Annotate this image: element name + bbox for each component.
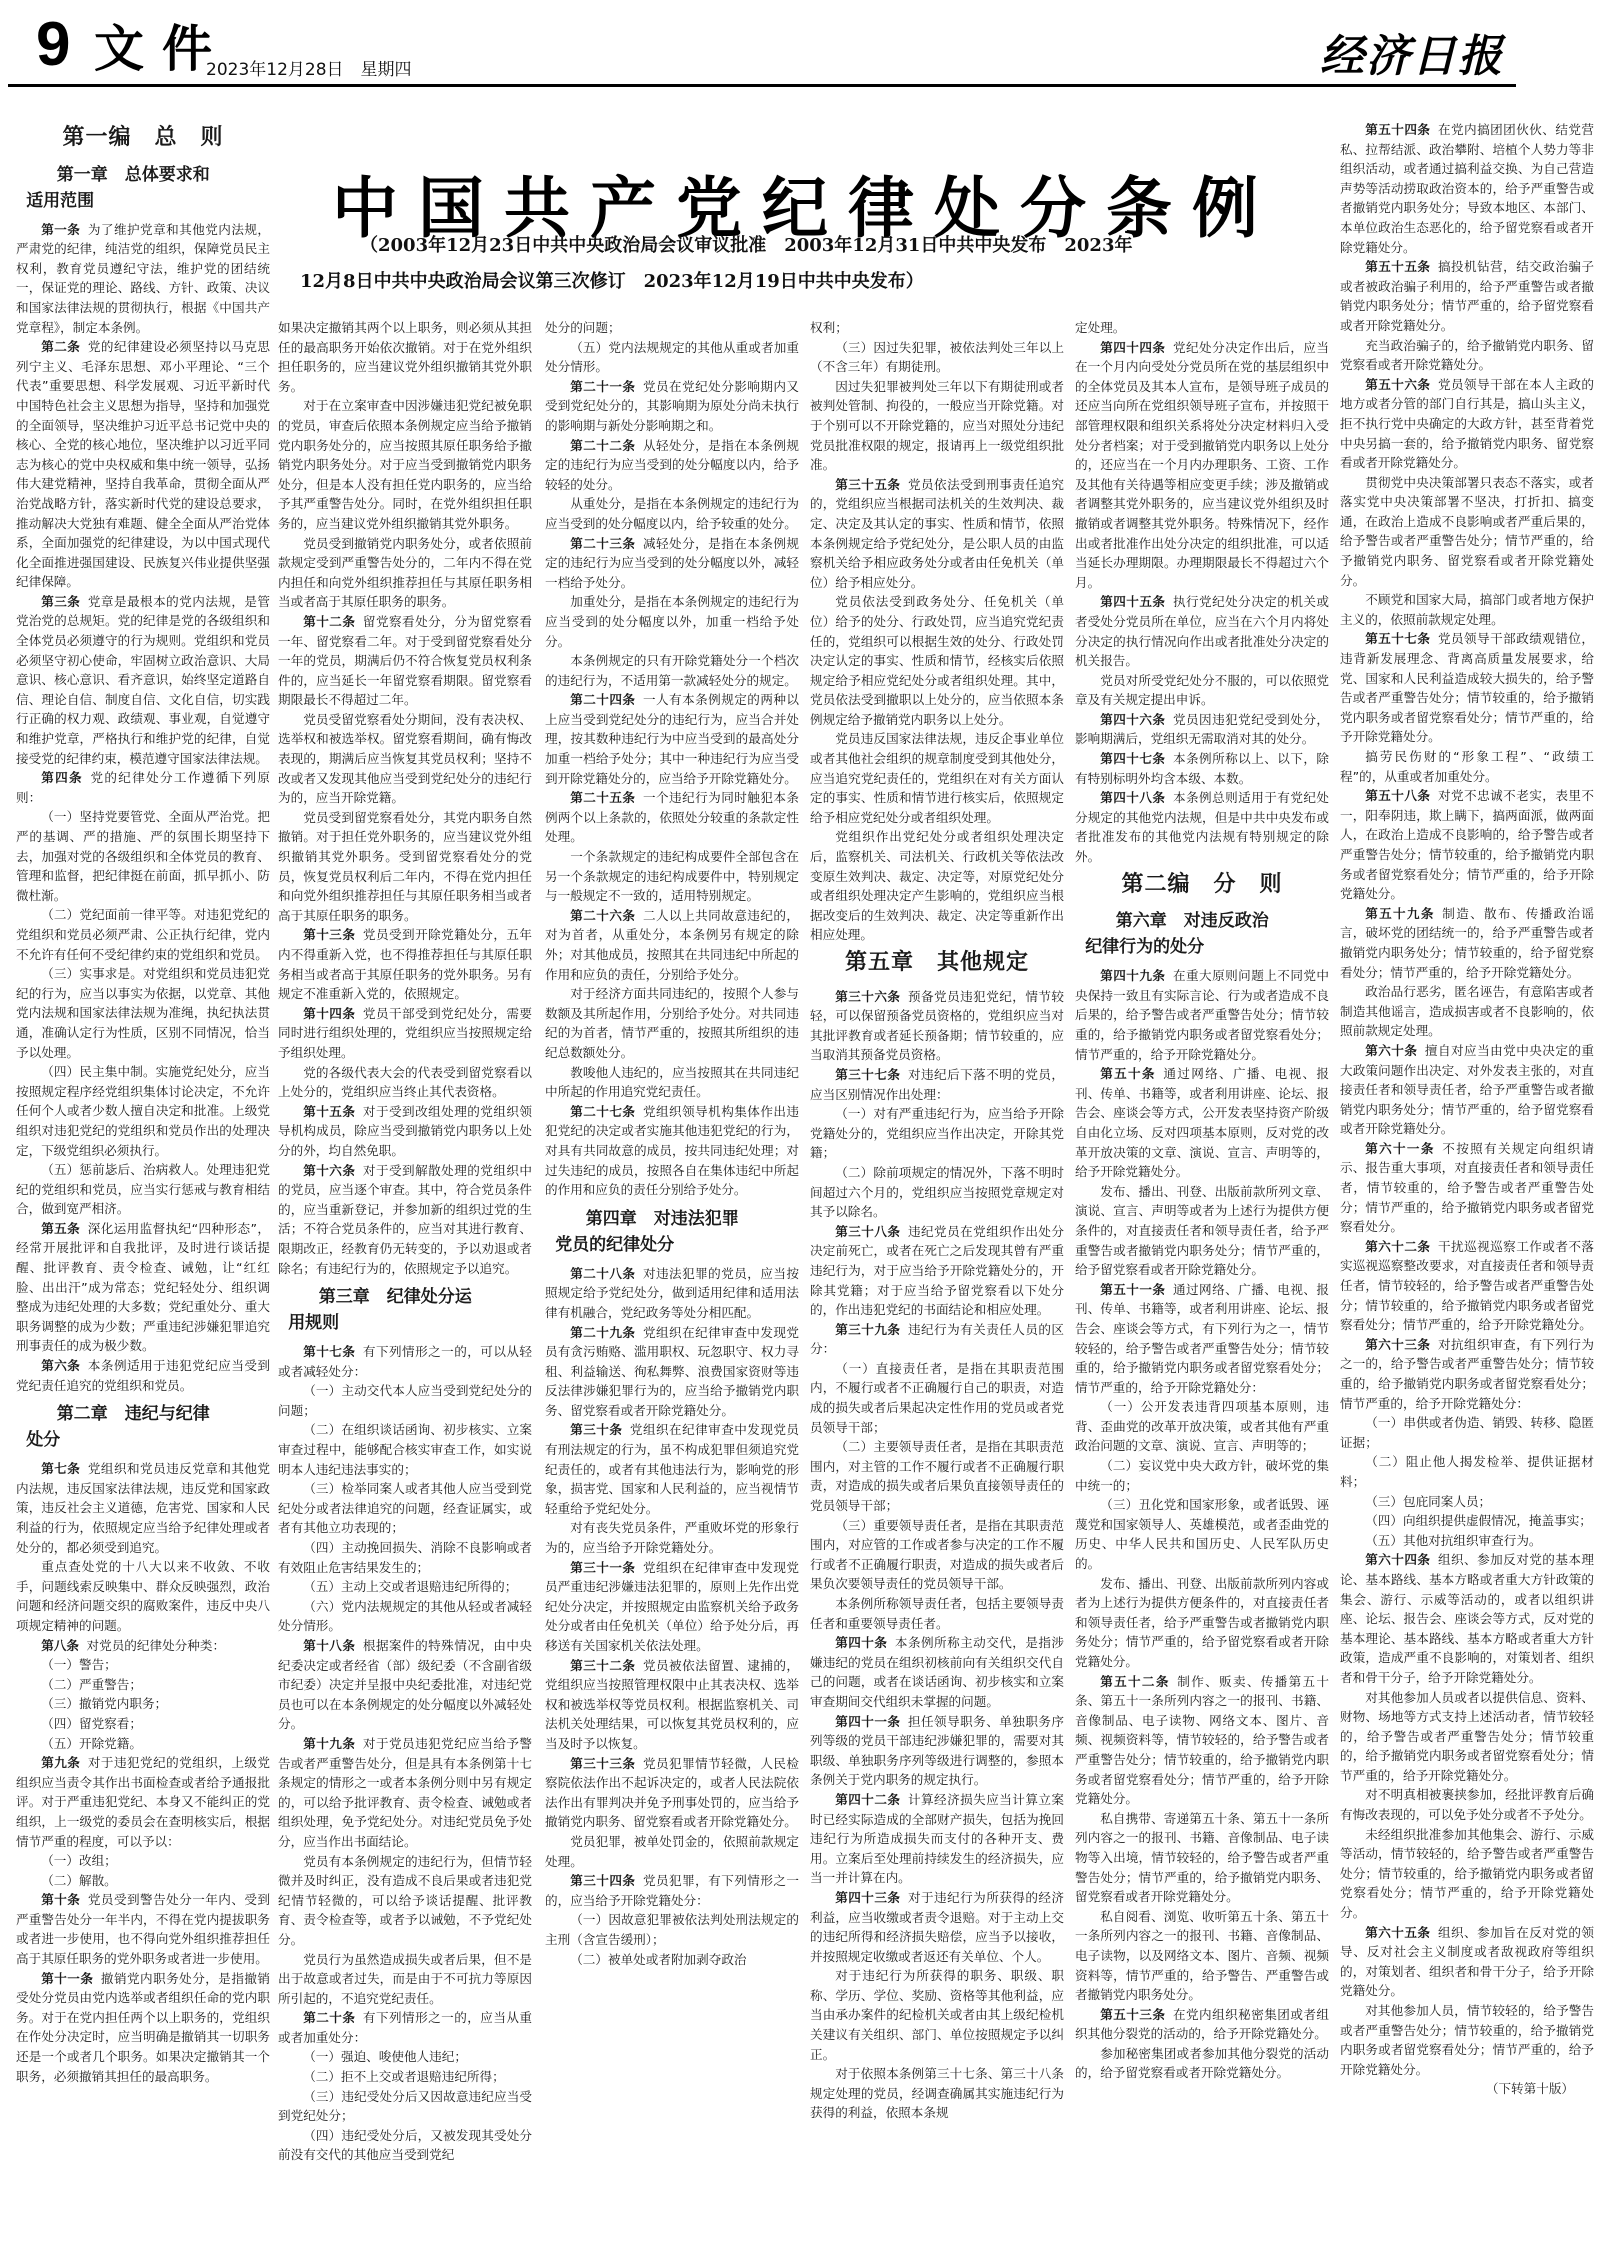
continued-note: （下转第十版） bbox=[1340, 2079, 1594, 2099]
paragraph-text: 党员受到撤销党内职务处分，或者依照前款规定受到严重警告处分的，二年内不得在党内担… bbox=[278, 536, 532, 610]
article-paragraph: 第四十三条对于违纪行为所获得的经济利益，应当收缴或者责令退赔。对于主动上交的违纪… bbox=[810, 1888, 1064, 1966]
paragraph: （一）串供或者伪造、销毁、转移、隐匿证据； bbox=[1340, 1413, 1594, 1452]
article-paragraph: 第三十五条党员依法受到刑事责任追究的，党组织应当根据司法机关的生效判决、裁定、决… bbox=[810, 475, 1064, 593]
paragraph: 党员对所受党纪处分不服的，可以依照党章及有关规定提出申诉。 bbox=[1075, 671, 1329, 710]
paragraph: 对于在立案审查中因涉嫌违犯党纪被免职的党员，审查后依照本条例规定应当给予撤销党内… bbox=[278, 396, 532, 533]
article-paragraph: 第六十二条干扰巡视巡察工作或者不落实巡视巡察整改要求，对直接责任者和领导责任者，… bbox=[1340, 1237, 1594, 1335]
article-paragraph: 第六十三条对抗组织审查，有下列行为之一的，给予警告或者严重警告处分；情节较重的，… bbox=[1340, 1335, 1594, 1413]
paragraph: （三）包庇同案人员； bbox=[1340, 1492, 1594, 1512]
paragraph-text: 对于依照本条例第三十七条、第三十八条规定处理的党员，经调查确属其实施违纪行为获得… bbox=[810, 2066, 1064, 2120]
article-number: 第四十六条 bbox=[1100, 712, 1165, 727]
article-paragraph: 第三十一条党组织在纪律审查中发现党员严重违纪涉嫌违法犯罪的，原则上先作出党纪处分… bbox=[545, 1558, 799, 1656]
article-number: 第五十三条 bbox=[1100, 2007, 1165, 2022]
paragraph: 发布、播出、刊登、出版前款所列内容或者为上述行为提供方便条件的，对直接责任者和领… bbox=[1075, 1574, 1329, 1672]
article-paragraph: 第十八条根据案件的特殊情况，由中央纪委决定或者经省（部）级纪委（不含副省级市纪委… bbox=[278, 1636, 532, 1734]
paragraph: 搞劳民伤财的“形象工程”、“政绩工程”的，从重或者加重处分。 bbox=[1340, 747, 1594, 786]
paragraph-text: 党员违反国家法律法规，违反企事业单位或者其他社会组织的规章制度受到其他处分，应当… bbox=[810, 731, 1064, 824]
paragraph-text: 党员受留党察看处分期间，没有表决权、选举权和被选举权。留党察看期间，确有悔改表现… bbox=[278, 712, 532, 805]
article-paragraph: 第四十八条本条例总则适用于有党纪处分规定的其他党内法规，但是中共中央发布或者批准… bbox=[1075, 788, 1329, 866]
article-paragraph: 第五条深化运用监督执纪“四种形态”，经常开展批评和自我批评，及时进行谈话提醒、批… bbox=[16, 1219, 270, 1356]
article-number: 第十条 bbox=[41, 1892, 80, 1907]
paragraph-text: （五）开除党籍。 bbox=[41, 1736, 142, 1751]
paragraph-text: 一个条款规定的违纪构成要件全部包含在另一个条款规定的违纪构成要件中，特别规定与一… bbox=[545, 849, 799, 903]
paragraph-text: 教唆他人违纪的，应当按照其在共同违纪中所起的作用追究党纪责任。 bbox=[545, 1065, 799, 1100]
paragraph: 从重处分，是指在本条例规定的违纪行为应当受到的处分幅度以内，给予较重的处分。 bbox=[545, 494, 799, 533]
article-number: 第二十五条 bbox=[570, 790, 635, 805]
paragraph: 未经组织批准参加其他集会、游行、示威等活动，情节较轻的，给予警告或者严重警告处分… bbox=[1340, 1825, 1594, 1923]
article-paragraph: 第一条为了维护党章和其他党内法规，严肃党的纪律，纯洁党的组织，保障党员民主权利，… bbox=[16, 220, 270, 338]
article-paragraph: 第十六条对于受到解散处理的党组织中的党员，应当逐个审查。其中，符合党员条件的，应… bbox=[278, 1161, 532, 1279]
article-paragraph: 第五十三条在党内组织秘密集团或者组织其他分裂党的活动的，给予开除党籍处分。 bbox=[1075, 2005, 1329, 2044]
article-paragraph: 第四十条本条例所称主动交代，是指涉嫌违纪的党员在组织初核前向有关组织交代自己的问… bbox=[810, 1633, 1064, 1711]
article-number: 第三十五条 bbox=[835, 477, 900, 492]
article-number: 第六条 bbox=[41, 1358, 80, 1373]
paragraph-text: （二）党纪面前一律平等。对违犯党纪的党组织和党员必须严肃、公正执行纪律，党内不允… bbox=[16, 907, 270, 961]
paragraph: 对不明真相被裹挟参加，经批评教育后确有悔改表现的，可以免予处分或者不予处分。 bbox=[1340, 1785, 1594, 1824]
paragraph-text: 本条例规定的只有开除党籍处分一个档次的违纪行为，不适用第一款减轻处分的规定。 bbox=[545, 653, 799, 688]
paragraph-text: 对于党员违犯党纪应当给予警告或者严重警告处分，但是具有本条例第十七条规定的情形之… bbox=[278, 1736, 532, 1849]
article-paragraph: 第十二条留党察看处分，分为留党察看一年、留党察看二年。对于受到留党察看处分一年的… bbox=[278, 612, 532, 710]
text-column-1: 第一编 总 则第一章 总体要求和适用范围第一条为了维护党章和其他党内法规，严肃党… bbox=[16, 120, 270, 2086]
paragraph: 处分的问题； bbox=[545, 318, 799, 338]
paragraph-text: （五）主动上交或者退赔违纪所得的； bbox=[303, 1579, 517, 1594]
paragraph-text: （二）阻止他人揭发检举、提供证据材料； bbox=[1340, 1454, 1594, 1489]
paragraph-text: 党员行为虽然造成损失或者后果，但不是出于故意或者过失，而是由于不可抗力等原因所引… bbox=[278, 1952, 532, 2006]
paragraph: 对其他参加人员，情节较轻的，给予警告或者严重警告处分；情节较重的，给予撤销党内职… bbox=[1340, 2001, 1594, 2079]
article-paragraph: 第十五条对于受到改组处理的党组织领导机构成员，除应当受到撤销党内职务以上处分的外… bbox=[278, 1102, 532, 1161]
paragraph-text: （二）严重警告； bbox=[41, 1677, 142, 1692]
article-number: 第二十一条 bbox=[570, 379, 635, 394]
article-paragraph: 第五十六条党员领导干部在本人主政的地方或者分管的部门自行其是，搞山头主义，拒不执… bbox=[1340, 375, 1594, 473]
article-number: 第五十条 bbox=[1100, 1066, 1156, 1081]
article-paragraph: 第四十一条担任领导职务、单独职务序列等级的党员干部违纪涉嫌犯罪的，需要对其职级、… bbox=[810, 1712, 1064, 1790]
article-number: 第三十六条 bbox=[835, 989, 900, 1004]
newspaper-logo: 经济日报 bbox=[1320, 20, 1504, 84]
article-paragraph: 第七条党组织和党员违反党章和其他党内法规，违反国家法律法规，违反党和国家政策，违… bbox=[16, 1459, 270, 1557]
paragraph-text: （二）妄议党中央大政方针，破坏党的集中统一的； bbox=[1075, 1458, 1329, 1493]
article-paragraph: 第五十八条对党不忠诚不老实，表里不一，阳奉阴违，欺上瞒下，搞两面派，做两面人，在… bbox=[1340, 786, 1594, 904]
paragraph: 对于违纪行为所获得的职务、职级、职称、学历、学位、奖励、资格等其他利益，应当由承… bbox=[810, 1966, 1064, 2064]
paragraph-text: 对党不忠诚不老实，表里不一，阳奉阴违，欺上瞒下，搞两面派，做两面人，在政治上造成… bbox=[1340, 788, 1594, 901]
paragraph-text: （三）因过失犯罪，被依法判处三年以上（不含三年）有期徒刑。 bbox=[810, 340, 1064, 375]
paragraph: （二）妄议党中央大政方针，破坏党的集中统一的； bbox=[1075, 1456, 1329, 1495]
article-number: 第五十九条 bbox=[1365, 906, 1435, 921]
article-number: 第二十七条 bbox=[570, 1104, 635, 1119]
paragraph: （三）违纪受处分后又因故意违纪应当受到党纪处分； bbox=[278, 2087, 532, 2126]
article-paragraph: 第十七条有下列情形之一的，可以从轻或者减轻处分： bbox=[278, 1342, 532, 1381]
chapter-heading: 第六章 对违反政治纪律行为的处分 bbox=[1075, 908, 1329, 960]
article-number: 第三条 bbox=[41, 594, 80, 609]
chapter-heading-line-2: 处分 bbox=[16, 1427, 270, 1453]
article-paragraph: 第四条党的纪律处分工作遵循下列原则： bbox=[16, 768, 270, 807]
article-number: 第五十六条 bbox=[1365, 377, 1430, 392]
paragraph-text: 政治品行恶劣，匿名诬告，有意陷害或者制造其他谣言，造成损害或者不良影响的，依照前… bbox=[1340, 984, 1594, 1038]
article-number: 第三十条 bbox=[570, 1422, 622, 1437]
paragraph-text: （五）惩前毖后、治病救人。处理违犯党纪的党组织和党员，应当实行惩戒与教育相结合，… bbox=[16, 1162, 270, 1216]
paragraph-text: 不顾党和国家大局，搞部门或者地方保护主义的，依照前款规定处理。 bbox=[1340, 592, 1594, 627]
article-number: 第六十四条 bbox=[1365, 1552, 1430, 1567]
article-number: 第十八条 bbox=[303, 1638, 355, 1653]
paragraph-text: （一）直接责任者，是指在其职责范围内，不履行或者不正确履行自己的职责，对造成的损… bbox=[810, 1361, 1064, 1435]
paragraph: （四）民主集中制。实施党纪处分，应当按照规定程序经党组织集体讨论决定，不允许任何… bbox=[16, 1062, 270, 1160]
article-paragraph: 第三十四条党员犯罪，有下列情形之一的，应当给予开除党籍处分： bbox=[545, 1871, 799, 1910]
paragraph-text: 党的纪律建设必须坚持以马克思列宁主义、毛泽东思想、邓小平理论、“三个代表”重要思… bbox=[16, 339, 270, 589]
paragraph-text: 本条例所称领导责任者，包括主要领导责任者和重要领导责任者。 bbox=[810, 1596, 1064, 1631]
article-paragraph: 第八条对党员的纪律处分种类： bbox=[16, 1636, 270, 1656]
article-number: 第二条 bbox=[41, 339, 80, 354]
paragraph-text: （六）党内法规规定的其他从轻或者减轻处分情形。 bbox=[278, 1599, 532, 1634]
paragraph-text: （一）因故意犯罪被依法判处刑法规定的主刑（含宣告缓刑）； bbox=[545, 1912, 799, 1947]
chapter-heading-line-2: 适用范围 bbox=[16, 188, 270, 214]
article-number: 第四十五条 bbox=[1100, 594, 1165, 609]
article-number: 第三十二条 bbox=[570, 1658, 635, 1673]
article-paragraph: 第三十三条党员犯罪情节轻微，人民检察院依法作出不起诉决定的，或者人民法院依法作出… bbox=[545, 1754, 799, 1832]
section-heading: 第二编 分 则 bbox=[1075, 875, 1329, 895]
paragraph: （四）留党察看； bbox=[16, 1714, 270, 1734]
paragraph: 本条例所称领导责任者，包括主要领导责任者和重要领导责任者。 bbox=[810, 1594, 1064, 1633]
paragraph: 党员受到撤销党内职务处分，或者依照前款规定受到严重警告处分的，二年内不得在党内担… bbox=[278, 534, 532, 612]
paragraph-text: （二）拒不上交或者退赔违纪所得； bbox=[303, 2069, 505, 2084]
article-paragraph: 第三十二条党员被依法留置、逮捕的，党组织应当按照管理权限中止其表决权、选举权和被… bbox=[545, 1656, 799, 1754]
article-number: 第一条 bbox=[41, 222, 80, 237]
paragraph: 党员受留党察看处分期间，没有表决权、选举权和被选举权。留党察看期间，确有悔改表现… bbox=[278, 710, 532, 808]
article-number: 第十六条 bbox=[303, 1163, 355, 1178]
paragraph-text: 党员对所受党纪处分不服的，可以依照党章及有关规定提出申诉。 bbox=[1075, 673, 1329, 708]
paragraph-text: 发布、播出、刊登、出版前款所列文章、演说、宣言、声明等或者为上述行为提供方便条件… bbox=[1075, 1184, 1329, 1277]
article-paragraph: 第四十五条执行党纪处分决定的机关或者受处分党员所在单位，应当在六个月内将处分决定… bbox=[1075, 592, 1329, 670]
article-number: 第二十九条 bbox=[570, 1325, 635, 1340]
article-number: 第九条 bbox=[41, 1755, 80, 1770]
article-paragraph: 第六十五条组织、参加旨在反对党的领导、反对社会主义制度或者敌视政府等组织的，对策… bbox=[1340, 1923, 1594, 2001]
article-paragraph: 第五十九条制造、散布、传播政治谣言，破坏党的团结统一的，给予严重警告或者撤销党内… bbox=[1340, 904, 1594, 982]
paragraph: 一个条款规定的违纪构成要件全部包含在另一个条款规定的违纪构成要件中，特别规定与一… bbox=[545, 847, 799, 906]
paragraph: 因过失犯罪被判处三年以下有期徒刑或者被判处管制、拘役的，一般应当开除党籍。对于个… bbox=[810, 377, 1064, 475]
article-number: 第五十四条 bbox=[1365, 122, 1430, 137]
paragraph: 贯彻党中央决策部署只表态不落实，或者落实党中央决策部署不坚决，打折扣、搞变通，在… bbox=[1340, 473, 1594, 591]
masthead: 9 文件 2023年12月28日 星期四 经济日报 bbox=[0, 0, 1600, 86]
paragraph-text: 通过网络、广播、电视、报刊、传单、书籍等，或者利用讲座、论坛、报告会、座谈会等方… bbox=[1075, 1282, 1329, 1395]
article-number: 第五十七条 bbox=[1365, 631, 1430, 646]
paragraph: 政治品行恶劣，匿名诬告，有意陷害或者制造其他谣言，造成损害或者不良影响的，依照前… bbox=[1340, 982, 1594, 1041]
article-number: 第十五条 bbox=[303, 1104, 355, 1119]
chapter-heading-line-1: 第三章 纪律处分运 bbox=[319, 1287, 472, 1307]
paragraph-text: （三）撤销党内职务； bbox=[41, 1696, 167, 1711]
article-number: 第六十条 bbox=[1365, 1043, 1417, 1058]
article-paragraph: 第六十条擅自对应当由党中央决定的重大政策问题作出决定、对外发表主张的，对直接责任… bbox=[1340, 1041, 1594, 1139]
article-number: 第四十三条 bbox=[835, 1890, 900, 1905]
paragraph-text: 通过网络、广播、电视、报刊、传单、书籍等，或者利用讲座、论坛、报告会、座谈会等方… bbox=[1075, 1066, 1329, 1179]
article-paragraph: 第四十七条本条例所称以上、以下，除有特别标明外均含本级、本数。 bbox=[1075, 749, 1329, 788]
article-paragraph: 第十四条党员干部受到党纪处分，需要同时进行组织处理的，党组织应当按照规定给予组织… bbox=[278, 1004, 532, 1063]
article-paragraph: 第二十一条党员在党纪处分影响期内又受到党纪处分的，其影响期为原处分尚未执行的影响… bbox=[545, 377, 799, 436]
paragraph: （一）坚持党要管党、全面从严治党。把严的基调、严的措施、严的氛围长期坚持下去，加… bbox=[16, 807, 270, 905]
text-column-5: 定处理。第四十四条党纪处分决定作出后，应当在一个月内向受处分党员所在党的基层组织… bbox=[1075, 318, 1329, 2083]
paragraph-text: （一）公开发表违背四项基本原则，违背、歪曲党的改革开放决策，或者其他有严重政治问… bbox=[1075, 1399, 1329, 1453]
paragraph: （二）党纪面前一律平等。对违犯党纪的党组织和党员必须严肃、公正执行纪律，党内不允… bbox=[16, 905, 270, 964]
paragraph-text: 未经组织批准参加其他集会、游行、示威等活动，情节较轻的，给予警告或者严重警告处分… bbox=[1340, 1827, 1594, 1920]
paragraph: （一）公开发表违背四项基本原则，违背、歪曲党的改革开放决策，或者其他有严重政治问… bbox=[1075, 1397, 1329, 1456]
article-paragraph: 第三十六条预备党员违犯党纪，情节较轻，可以保留预备党员资格的，党组织应当对其批评… bbox=[810, 987, 1064, 1065]
paragraph-text: 私自阅看、浏览、收听第五十条、第五十一条所列内容之一的报刊、书籍、音像制品、电子… bbox=[1075, 1909, 1329, 2002]
article-paragraph: 第四十六条党员因违犯党纪受到处分，影响期满后，党组织无需取消对其的处分。 bbox=[1075, 710, 1329, 749]
paragraph: （一）强迫、唆使他人违纪； bbox=[278, 2047, 532, 2067]
paragraph-text: 权利； bbox=[810, 320, 848, 335]
article-paragraph: 第二十四条一人有本条例规定的两种以上应当受到党纪处分的违纪行为，应当合并处理，按… bbox=[545, 690, 799, 788]
paragraph-text: 党组织作出党纪处分或者组织处理决定后，监察机关、司法机关、行政机关等依法改变原生… bbox=[810, 829, 1064, 942]
subtitle-line-2: 12月8日中共中央政治局会议第三次修订 2023年12月19日中共中央发布） bbox=[300, 264, 1320, 300]
paragraph: （四）主动挽回损失、消除不良影响或者有效阻止危害结果发生的； bbox=[278, 1538, 532, 1577]
paragraph: 党员依法受到政务处分、任免机关（单位）给予的处分、行政处罚，应当追究党纪责任的，… bbox=[810, 592, 1064, 729]
paragraph-text: （一）串供或者伪造、销毁、转移、隐匿证据； bbox=[1340, 1415, 1594, 1450]
paragraph-text: （三）实事求是。对党组织和党员违犯党纪的行为，应当以事实为依据，以党章、其他党内… bbox=[16, 966, 270, 1059]
chapter-heading-line-1: 第四章 对违法犯罪 bbox=[586, 1209, 739, 1229]
paragraph-text: 党员依法受到政务处分、任免机关（单位）给予的处分、行政处罚，应当追究党纪责任的，… bbox=[810, 594, 1064, 727]
paragraph-text: 撤销党内职务处分，是指撤销受处分党员由党内选举或者组织任命的党内职务。对于在党内… bbox=[16, 1971, 270, 2084]
paragraph-text: （三）违纪受处分后又因故意违纪应当受到党纪处分； bbox=[278, 2089, 532, 2124]
paragraph-text: （一）改组； bbox=[41, 1853, 117, 1868]
paragraph-text: （五）党内法规规定的其他从重或者加重处分情形。 bbox=[545, 340, 799, 375]
article-number: 第四十一条 bbox=[835, 1714, 900, 1729]
article-number: 第十九条 bbox=[303, 1736, 355, 1751]
paragraph-text: （一）坚持党要管党、全面从严治党。把严的基调、严的措施、严的氛围长期坚持下去，加… bbox=[16, 809, 270, 902]
paragraph: 党组织作出党纪处分或者组织处理决定后，监察机关、司法机关、行政机关等依法改变原生… bbox=[810, 827, 1064, 945]
paragraph-text: 加重处分，是指在本条例规定的违纪行为应当受到的处分幅度以外，加重一档给予处分。 bbox=[545, 594, 799, 648]
paragraph-text: （四）留党察看； bbox=[41, 1716, 142, 1731]
text-column-4: 权利；（三）因过失犯罪，被依法判处三年以上（不含三年）有期徒刑。因过失犯罪被判处… bbox=[810, 318, 1064, 2123]
masthead-divider bbox=[8, 84, 1516, 87]
paragraph: 加重处分，是指在本条例规定的违纪行为应当受到的处分幅度以外，加重一档给予处分。 bbox=[545, 592, 799, 651]
chapter-heading: 第二章 违纪与纪律处分 bbox=[16, 1401, 270, 1453]
article-number: 第十一条 bbox=[41, 1971, 93, 1986]
paragraph: 权利； bbox=[810, 318, 1064, 338]
article-number: 第五十二条 bbox=[1100, 1674, 1170, 1689]
article-paragraph: 第五十四条在党内搞团团伙伙、结党营私、拉帮结派、政治攀附、培植个人势力等非组织活… bbox=[1340, 120, 1594, 257]
chapter-heading-line-2: 用规则 bbox=[278, 1310, 532, 1336]
paragraph: （二）被单处或者附加剥夺政治 bbox=[545, 1950, 799, 1970]
paragraph: （三）实事求是。对党组织和党员违犯党纪的行为，应当以事实为依据，以党章、其他党内… bbox=[16, 964, 270, 1062]
paragraph-text: （四）违纪受处分后，又被发现其受处分前没有交代的其他应当受到党纪 bbox=[278, 2128, 532, 2163]
article-number: 第二十四条 bbox=[570, 692, 635, 707]
article-number: 第六十五条 bbox=[1365, 1925, 1430, 1940]
paragraph-text: （一）警告； bbox=[41, 1657, 117, 1672]
paragraph-text: （一）强迫、唆使他人违纪； bbox=[303, 2049, 467, 2064]
article-number: 第二十二条 bbox=[570, 438, 635, 453]
paragraph: 党员有本条例规定的违纪行为，但情节轻微并及时纠正，没有造成不良后果或者违犯党纪情… bbox=[278, 1852, 532, 1950]
paragraph: 定处理。 bbox=[1075, 318, 1329, 338]
paragraph: （二）严重警告； bbox=[16, 1675, 270, 1695]
paragraph: （二）在组织谈话函询、初步核实、立案审查过程中，能够配合核实审查工作，如实说明本… bbox=[278, 1420, 532, 1479]
paragraph-text: 对其他参加人员，情节较轻的，给予警告或者严重警告处分；情节较重的，给予撤销党内职… bbox=[1340, 2003, 1594, 2077]
article-paragraph: 第三条党章是最根本的党内法规，是管党治党的总规矩。党的纪律是党的各级组织和全体党… bbox=[16, 592, 270, 768]
paragraph-text: 在党内搞团团伙伙、结党营私、拉帮结派、政治攀附、培植个人势力等非组织活动，或者通… bbox=[1340, 122, 1594, 255]
paragraph-text: （三）检举同案人或者其他人应当受到党纪处分或者法律追究的问题，经查证属实，或者有… bbox=[278, 1481, 532, 1535]
paragraph: （三）重要领导责任者，是指在其职责范围内，对应管的工作或者参与决定的工作不履行或… bbox=[810, 1516, 1064, 1594]
article-paragraph: 第六条本条例适用于违犯党纪应当受到党纪责任追究的党组织和党员。 bbox=[16, 1356, 270, 1395]
paragraph-text: （二）解散。 bbox=[41, 1873, 117, 1888]
article-paragraph: 第五十条通过网络、广播、电视、报刊、传单、书籍等，或者利用讲座、论坛、报告会、座… bbox=[1075, 1064, 1329, 1182]
paragraph-text: 搞劳民伤财的“形象工程”、“政绩工程”的，从重或者加重处分。 bbox=[1340, 749, 1594, 784]
paragraph-text: 党员有本条例规定的违纪行为，但情节轻微并及时纠正，没有造成不良后果或者违犯党纪情… bbox=[278, 1854, 532, 1947]
paragraph: （三）检举同案人或者其他人应当受到党纪处分或者法律追究的问题，经查证属实，或者有… bbox=[278, 1479, 532, 1538]
paragraph-text: 私自携带、寄递第五十条、第五十一条所列内容之一的报刊、书籍、音像制品、电子读物等… bbox=[1075, 1811, 1329, 1904]
article-paragraph: 第二十五条一个违纪行为同时触犯本条例两个以上条款的，依照处分较重的条款定性处理。 bbox=[545, 788, 799, 847]
article-paragraph: 第二十六条二人以上共同故意违纪的，对为首者，从重处分，本条例另有规定的除外；对其… bbox=[545, 906, 799, 984]
document-subtitle: （2003年12月23日中共中央政治局会议审议批准 2003年12月31日中共中… bbox=[300, 228, 1320, 300]
article-paragraph: 第二十二条从轻处分，是指在本条例规定的违纪行为应当受到的处分幅度以内，给予较轻的… bbox=[545, 436, 799, 495]
paragraph-text: 处分的问题； bbox=[545, 320, 621, 335]
article-number: 第十二条 bbox=[303, 614, 355, 629]
article-number: 第二十八条 bbox=[570, 1266, 635, 1281]
article-paragraph: 第九条对于违犯党纪的党组织，上级党组织应当责令其作出书面检查或者给予通报批评。对… bbox=[16, 1753, 270, 1851]
chapter-heading: 第三章 纪律处分运用规则 bbox=[278, 1284, 532, 1336]
paragraph: 党员行为虽然造成损失或者后果，但不是出于故意或者过失，而是由于不可抗力等原因所引… bbox=[278, 1950, 532, 2009]
paragraph: 不顾党和国家大局，搞部门或者地方保护主义的，依照前款规定处理。 bbox=[1340, 590, 1594, 629]
paragraph-text: 对于违纪行为所获得的职务、职级、职称、学历、学位、奖励、资格等其他利益，应当由承… bbox=[810, 1968, 1064, 2061]
paragraph: （三）撤销党内职务； bbox=[16, 1694, 270, 1714]
article-paragraph: 第四十九条在重大原则问题上不同党中央保持一致且有实际言论、行为或者造成不良后果的… bbox=[1075, 966, 1329, 1064]
paragraph-text: 深化运用监督执纪“四种形态”，经常开展批评和自我批评，及时进行谈话提醒、批评教育… bbox=[16, 1221, 270, 1354]
paragraph-text: 定处理。 bbox=[1075, 320, 1125, 335]
paragraph: （二）拒不上交或者退赔违纪所得； bbox=[278, 2067, 532, 2087]
paragraph: 充当政治骗子的，给予撤销党内职务、留党察看或者开除党籍处分。 bbox=[1340, 336, 1594, 375]
section-heading: 第五章 其他规定 bbox=[810, 953, 1064, 973]
article-paragraph: 第四十四条党纪处分决定作出后，应当在一个月内向受处分党员所在党的基层组织中的全体… bbox=[1075, 338, 1329, 593]
paragraph: 私自阅看、浏览、收听第五十条、第五十一条所列内容之一的报刊、书籍、音像制品、电子… bbox=[1075, 1907, 1329, 2005]
paragraph-text: （二）除前项规定的情况外，下落不明时间超过六个月的，党组织应当按照党章规定对其予… bbox=[810, 1165, 1064, 1219]
section-heading: 第一编 总 则 bbox=[16, 128, 270, 148]
article-paragraph: 第六十一条不按照有关规定向组织请示、报告重大事项，对直接责任者和领导责任者，情节… bbox=[1340, 1139, 1594, 1237]
chapter-heading-line-2: 党员的纪律处分 bbox=[545, 1232, 799, 1258]
article-number: 第七条 bbox=[41, 1461, 80, 1476]
chapter-heading: 第四章 对违法犯罪党员的纪律处分 bbox=[545, 1206, 799, 1258]
paragraph-text: （四）向组织提供虚假情况，掩盖事实； bbox=[1365, 1513, 1592, 1528]
paragraph: 教唆他人违纪的，应当按照其在共同违纪中所起的作用追究党纪责任。 bbox=[545, 1063, 799, 1102]
paragraph: （五）其他对抗组织审查行为。 bbox=[1340, 1531, 1594, 1551]
paragraph-text: （五）其他对抗组织审查行为。 bbox=[1365, 1533, 1541, 1548]
paragraph: 参加秘密集团或者参加其他分裂党的活动的，给予留党察看或者开除党籍处分。 bbox=[1075, 2044, 1329, 2083]
paragraph-text: （二）被单处或者附加剥夺政治 bbox=[570, 1952, 746, 1967]
article-number: 第十三条 bbox=[303, 927, 355, 942]
paragraph-text: 对不明真相被裹挟参加，经批评教育后确有悔改表现的，可以免予处分或者不予处分。 bbox=[1340, 1787, 1594, 1822]
paragraph-text: 党纪处分决定作出后，应当在一个月内向受处分党员所在党的基层组织中的全体党员及其本… bbox=[1075, 340, 1329, 590]
subtitle-line-1: （2003年12月23日中共中央政治局会议审议批准 2003年12月31日中共中… bbox=[300, 228, 1320, 264]
paragraph-text: 党的各级代表大会的代表受到留党察看以上处分的，党组织应当终止其代表资格。 bbox=[278, 1065, 532, 1100]
paragraph-text: 党章是最根本的党内法规，是管党治党的总规矩。党的纪律是党的各级组织和全体党员必须… bbox=[16, 594, 270, 766]
article-number: 第三十九条 bbox=[835, 1322, 900, 1337]
paragraph-text: 因过失犯罪被判处三年以下有期徒刑或者被判处管制、拘役的，一般应当开除党籍。对于个… bbox=[810, 379, 1064, 472]
article-paragraph: 第二十九条党组织在纪律审查中发现党员有贪污贿赂、滥用职权、玩忽职守、权力寻租、利… bbox=[545, 1323, 799, 1421]
article-paragraph: 第二十七条党组织领导机构集体作出违犯党纪的决定或者实施其他违犯党纪的行为，对具有… bbox=[545, 1102, 799, 1200]
article-number: 第十四条 bbox=[303, 1006, 355, 1021]
article-paragraph: 第十一条撤销党内职务处分，是指撤销受处分党员由党内选举或者组织任命的党内职务。对… bbox=[16, 1969, 270, 2087]
paragraph: 党员犯罪，被单处罚金的，依照前款规定处理。 bbox=[545, 1832, 799, 1871]
paragraph-text: 对有丧失党员条件，严重败坏党的形象行为的，应当给予开除党籍处分。 bbox=[545, 1520, 799, 1555]
paragraph: （二）主要领导责任者，是指在其职责范围内，对主管的工作不履行或者不正确履行职责，… bbox=[810, 1437, 1064, 1515]
paragraph: 对于经济方面共同违纪的，按照个人参与数额及其所起作用，分别给予处分。对共同违纪的… bbox=[545, 984, 799, 1062]
paragraph-text: 从重处分，是指在本条例规定的违纪行为应当受到的处分幅度以内，给予较重的处分。 bbox=[545, 496, 799, 531]
paragraph: （一）改组； bbox=[16, 1851, 270, 1871]
paragraph: （四）违纪受处分后，又被发现其受处分前没有交代的其他应当受到党纪 bbox=[278, 2126, 532, 2165]
article-paragraph: 第十三条党员受到开除党籍处分，五年内不得重新入党，也不得推荐担任与其原任职务相当… bbox=[278, 925, 532, 1003]
paragraph: （三）丑化党和国家形象，或者诋毁、诬蔑党和国家领导人、英雄模范，或者歪曲党的历史… bbox=[1075, 1495, 1329, 1573]
paragraph-text: （二）主要领导责任者，是指在其职责范围内，对主管的工作不履行或者不正确履行职责，… bbox=[810, 1439, 1064, 1513]
article-number: 第四十四条 bbox=[1100, 340, 1165, 355]
paragraph: 对有丧失党员条件，严重败坏党的形象行为的，应当给予开除党籍处分。 bbox=[545, 1518, 799, 1557]
paragraph-text: 对党员的纪律处分种类： bbox=[87, 1638, 226, 1653]
issue-date: 2023年12月28日 星期四 bbox=[206, 55, 412, 80]
paragraph-text: 如果决定撤销其两个以上职务，则必须从其担任的最高职务开始依次撤销。对于在党外组织… bbox=[278, 320, 532, 394]
chapter-heading: 第一章 总体要求和适用范围 bbox=[16, 162, 270, 214]
paragraph: （五）主动上交或者退赔违纪所得的； bbox=[278, 1577, 532, 1597]
paragraph-text: 参加秘密集团或者参加其他分裂党的活动的，给予留党察看或者开除党籍处分。 bbox=[1075, 2046, 1329, 2081]
article-number: 第三十八条 bbox=[835, 1224, 900, 1239]
paragraph-text: 制作、贩卖、传播第五十条、第五十一条所列内容之一的报刊、书籍、音像制品、电子读物… bbox=[1075, 1674, 1329, 1807]
text-column-3: 处分的问题；（五）党内法规规定的其他从重或者加重处分情形。第二十一条党员在党纪处… bbox=[545, 318, 799, 1969]
article-number: 第五条 bbox=[41, 1221, 80, 1236]
article-number: 第二十六条 bbox=[570, 908, 635, 923]
article-paragraph: 第三十七条对违纪后下落不明的党员，应当区别情况作出处理： bbox=[810, 1065, 1064, 1104]
paragraph-text: （二）在组织谈话函询、初步核实、立案审查过程中，能够配合核实审查工作，如实说明本… bbox=[278, 1422, 532, 1476]
paragraph: （四）向组织提供虚假情况，掩盖事实； bbox=[1340, 1511, 1594, 1531]
article-number: 第二十三条 bbox=[570, 536, 635, 551]
paragraph-text: 党员受到留党察看处分，其党内职务自然撤销。对于担任党外职务的，应当建议党外组织撤… bbox=[278, 810, 532, 923]
paragraph-text: 贯彻党中央决策部署只表态不落实，或者落实党中央决策部署不坚决，打折扣、搞变通，在… bbox=[1340, 475, 1594, 588]
text-column-2: 如果决定撤销其两个以上职务，则必须从其担任的最高职务开始依次撤销。对于在党外组织… bbox=[278, 318, 532, 2165]
paragraph-text: （四）主动挽回损失、消除不良影响或者有效阻止危害结果发生的； bbox=[278, 1540, 532, 1575]
paragraph: 发布、播出、刊登、出版前款所列文章、演说、宣言、声明等或者为上述行为提供方便条件… bbox=[1075, 1182, 1329, 1280]
paragraph-text: （三）重要领导责任者，是指在其职责范围内，对应管的工作或者参与决定的工作不履行或… bbox=[810, 1518, 1064, 1592]
paragraph-text: （三）包庇同案人员； bbox=[1365, 1494, 1491, 1509]
paragraph-text: 党员犯罪，被单处罚金的，依照前款规定处理。 bbox=[545, 1834, 799, 1869]
paragraph: （五）惩前毖后、治病救人。处理违犯党纪的党组织和党员，应当实行惩戒与教育相结合，… bbox=[16, 1160, 270, 1219]
article-paragraph: 第五十二条制作、贩卖、传播第五十条、第五十一条所列内容之一的报刊、书籍、音像制品… bbox=[1075, 1672, 1329, 1809]
article-paragraph: 第五十五条搞投机钻营，结交政治骗子或者被政治骗子利用的，给予严重警告或者撤销党内… bbox=[1340, 257, 1594, 335]
paragraph: （二）除前项规定的情况外，下落不明时间超过六个月的，党组织应当按照党章规定对其予… bbox=[810, 1163, 1064, 1222]
paragraph-text: 组织、参加反对党的基本理论、基本路线、基本方略或者重大方针政策的集会、游行、示威… bbox=[1340, 1552, 1594, 1685]
paragraph-text: 党员依法受到刑事责任追究的，党组织应当根据司法机关的生效判决、裁定、决定及其认定… bbox=[810, 477, 1064, 590]
paragraph: 本条例规定的只有开除党籍处分一个档次的违纪行为，不适用第一款减轻处分的规定。 bbox=[545, 651, 799, 690]
paragraph: 私自携带、寄递第五十条、第五十一条所列内容之一的报刊、书籍、音像制品、电子读物等… bbox=[1075, 1809, 1329, 1907]
chapter-heading-line-1: 第六章 对违反政治 bbox=[1116, 911, 1269, 931]
paragraph: 党的各级代表大会的代表受到留党察看以上处分的，党组织应当终止其代表资格。 bbox=[278, 1063, 532, 1102]
article-number: 第三十七条 bbox=[835, 1067, 900, 1082]
article-number: 第八条 bbox=[41, 1638, 79, 1653]
article-paragraph: 第四十二条计算经济损失应当计算立案时已经实际造成的全部财产损失，包括为挽回违纪行… bbox=[810, 1790, 1064, 1888]
paragraph-text: 充当政治骗子的，给予撤销党内职务、留党察看或者开除党籍处分。 bbox=[1340, 338, 1594, 373]
paragraph: （六）党内法规规定的其他从轻或者减轻处分情形。 bbox=[278, 1597, 532, 1636]
article-number: 第四条 bbox=[41, 770, 83, 785]
paragraph-text: （一）主动交代本人应当受到党纪处分的问题； bbox=[278, 1383, 532, 1418]
paragraph: （二）解散。 bbox=[16, 1871, 270, 1891]
article-paragraph: 第六十四条组织、参加反对党的基本理论、基本路线、基本方略或者重大方针政策的集会、… bbox=[1340, 1550, 1594, 1687]
article-paragraph: 第五十七条党员领导干部政绩观错位，违背新发展理念、背离高质量发展要求，给党、国家… bbox=[1340, 629, 1594, 747]
paragraph: （一）因故意犯罪被依法判处刑法规定的主刑（含宣告缓刑）； bbox=[545, 1910, 799, 1949]
paragraph-text: （三）丑化党和国家形象，或者诋毁、诬蔑党和国家领导人、英雄模范，或者歪曲党的历史… bbox=[1075, 1497, 1329, 1571]
article-number: 第二十条 bbox=[303, 2010, 355, 2025]
article-number: 第四十八条 bbox=[1100, 790, 1165, 805]
paragraph: 对其他参加人员或者以提供信息、资料、财物、场地等方式支持上述活动者，情节较轻的，… bbox=[1340, 1688, 1594, 1786]
article-paragraph: 第三十条党组织在纪律审查中发现党员有刑法规定的行为，虽不构成犯罪但须追究党纪责任… bbox=[545, 1420, 799, 1518]
article-number: 第六十一条 bbox=[1365, 1141, 1435, 1156]
paragraph: （一）主动交代本人应当受到党纪处分的问题； bbox=[278, 1381, 532, 1420]
article-number: 第五十一条 bbox=[1100, 1282, 1165, 1297]
article-paragraph: 第三十八条违纪党员在党组织作出处分决定前死亡，或者在死亡之后发现其曾有严重违纪行… bbox=[810, 1222, 1064, 1320]
paragraph: 重点查处党的十八大以来不收敛、不收手，问题线索反映集中、群众反映强烈，政治问题和… bbox=[16, 1557, 270, 1635]
paragraph: 对于依照本条例第三十七条、第三十八条规定处理的党员，经调查确属其实施违纪行为获得… bbox=[810, 2064, 1064, 2123]
paragraph-text: 发布、播出、刊登、出版前款所列内容或者为上述行为提供方便条件的，对直接责任者和领… bbox=[1075, 1576, 1329, 1669]
article-number: 第六十二条 bbox=[1365, 1239, 1430, 1254]
article-number: 第三十三条 bbox=[570, 1756, 635, 1771]
